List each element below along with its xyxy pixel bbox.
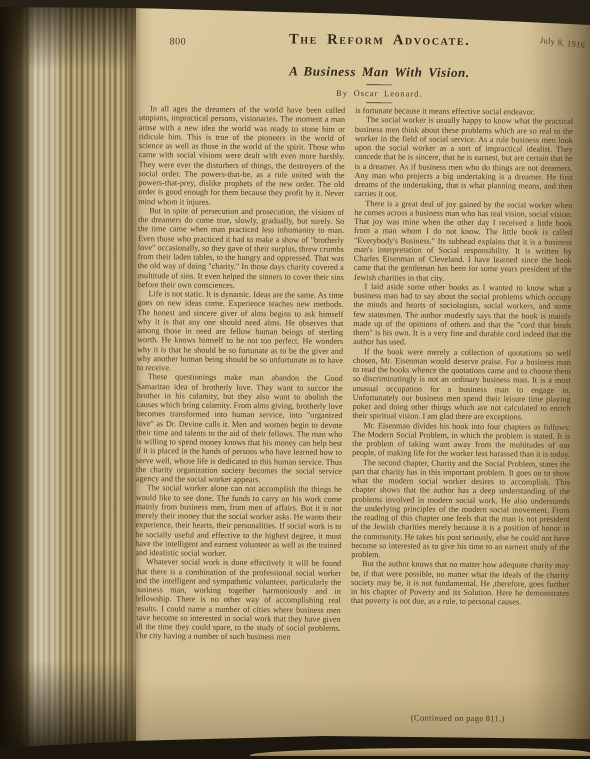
masthead-title: The Reform Advocate. (160, 30, 590, 51)
paragraph: These questionings make man abandon the … (136, 372, 343, 485)
continuation-note: (Continued on page 811.) (352, 712, 564, 724)
paragraph: There is a great deal of joy gained by t… (354, 198, 573, 283)
paragraph: In all ages the dreamers of the world ha… (138, 104, 345, 208)
paragraph: Life is not static. It is dynamic. Ideas… (137, 289, 344, 374)
paragraph: The social worker alone can not accompli… (135, 483, 342, 559)
paragraph: The second chapter, Charity and the Soci… (351, 457, 570, 561)
byline: By Oscar Leonard. (159, 86, 590, 100)
article-title: A Business Man With Vision. (159, 62, 590, 82)
divider-rule (366, 102, 392, 103)
paragraph: The social worker is usually happy to kn… (354, 115, 573, 200)
paragraph: I laid aside some other books as I wante… (353, 282, 572, 349)
text-column-left: In all ages the dreamers of the world ha… (134, 104, 345, 728)
paragraph: If the book were merely a collection of … (352, 346, 571, 422)
paragraph: Mr. Eisenman divides his book into four … (352, 420, 570, 459)
book-binding-page-edges (0, 0, 136, 759)
paragraph: But in spite of persecution and prosecut… (138, 206, 345, 291)
scanned-book-photo: 800 The Reform Advocate. July 8, 1916 A … (0, 0, 590, 759)
divider-rule (366, 84, 392, 85)
article-header: A Business Man With Vision. By Oscar Leo… (159, 62, 590, 108)
paragraph: Whatever social work is done effectively… (134, 557, 341, 642)
magazine-page: 800 The Reform Advocate. July 8, 1916 A … (122, 8, 590, 754)
article-body: In all ages the dreamers of the world ha… (134, 104, 573, 730)
paragraph: But the author knows that no matter how … (351, 559, 569, 607)
text-column-right: is fortunate because it means effective … (350, 106, 573, 730)
